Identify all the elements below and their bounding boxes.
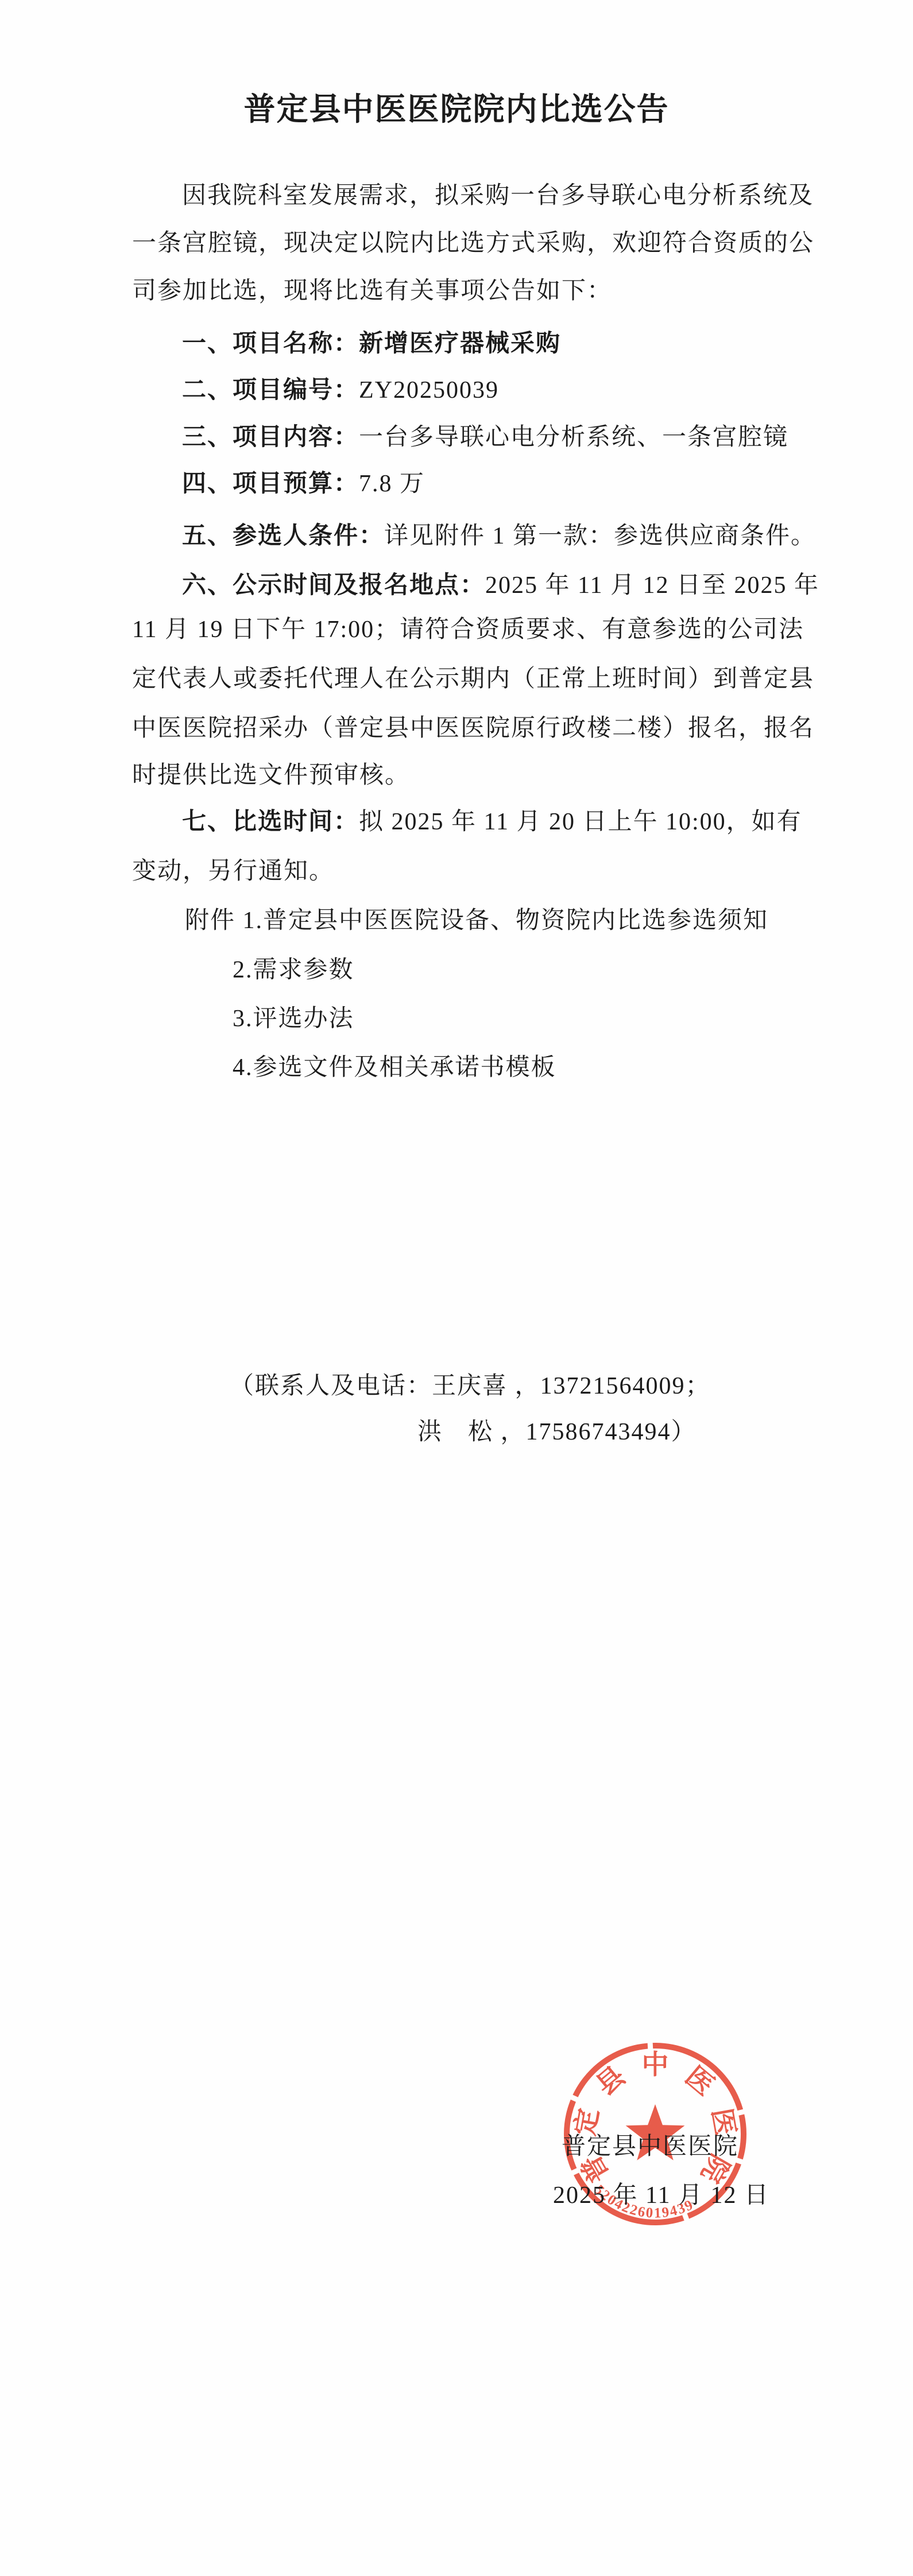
attachment-line-2: 2.需求参数: [233, 958, 354, 982]
item-6: 六、公示时间及报名地点：2025 年 11 月 12 日至 2025 年: [182, 573, 819, 598]
item-7-label: 七、比选时间：: [182, 809, 359, 835]
item-3-text: 一台多导联心电分析系统、一条宫腔镜: [359, 424, 788, 451]
item-6-label: 六、公示时间及报名地点：: [182, 572, 485, 599]
item-2-label: 二、项目编号：: [182, 377, 359, 404]
item-2-text: ZY20250039: [359, 377, 499, 404]
scanned-announcement-page: 普定县中医医院院内比选公告 因我院科室发展需求，拟采购一台多导联心电分析系统及 …: [0, 0, 913, 2576]
intro-line-3: 司参加比选，现将比选有关事项公告如下：: [132, 279, 612, 303]
item-5-label: 五、参选人条件：: [182, 523, 384, 549]
item-1: 一、项目名称：新增医疗器械采购: [182, 332, 561, 356]
document-title: 普定县中医医院院内比选公告: [0, 84, 913, 129]
signature-date: 2025 年 11 月 12 日: [553, 2183, 769, 2208]
item-4: 四、项目预算：7.8 万: [182, 472, 425, 496]
signature-org: 普定县中医医院: [562, 2135, 738, 2159]
contact-line-1: （联系人及电话：王庆喜 ，13721564009；: [230, 1374, 711, 1398]
item-5-text: 详见附件 1 第一款：参选供应商条件。: [384, 523, 816, 549]
attachment-line-3: 3.评选办法: [233, 1007, 354, 1031]
item-4-label: 四、项目预算：: [182, 471, 359, 497]
contact-line-2: 洪 松 ，17586743494）: [417, 1420, 697, 1444]
item-3: 三、项目内容：一台多导联心电分析系统、一条宫腔镜: [182, 425, 788, 449]
item-6-cont-line-2: 定代表人或委托代理人在公示期内（正常上班时间）到普定县: [132, 667, 814, 691]
item-7-cont-line: 变动，另行通知。: [132, 859, 334, 883]
item-6-cont-line-3: 中医医院招采办（普定县中医医院原行政楼二楼）报名，报名: [132, 716, 814, 740]
item-1-label: 一、项目名称：: [182, 331, 359, 357]
attachment-line-4: 4.参选文件及相关承诺书模板: [233, 1056, 556, 1080]
item-6-cont-line-1: 11 月 19 日下午 17:00；请符合资质要求、有意参选的公司法: [132, 618, 804, 642]
item-2: 二、项目编号：ZY20250039: [182, 378, 499, 402]
intro-line-1: 因我院科室发展需求，拟采购一台多导联心电分析系统及: [182, 184, 814, 208]
intro-line-2: 一条宫腔镜，现决定以院内比选方式采购，欢迎符合资质的公: [132, 231, 814, 255]
item-5: 五、参选人条件：详见附件 1 第一款：参选供应商条件。: [182, 524, 816, 548]
item-7: 七、比选时间：拟 2025 年 11 月 20 日上午 10:00，如有: [182, 810, 802, 834]
item-1-text: 新增医疗器械采购: [359, 331, 561, 357]
seal-ring-char: 中: [642, 2050, 669, 2080]
item-4-text: 7.8 万: [359, 471, 425, 497]
attachment-line-1: 附件 1.普定县中医医院设备、物资院内比选参选须知: [185, 909, 768, 933]
item-6-text: 2025 年 11 月 12 日至 2025 年: [485, 572, 819, 599]
item-6-cont-line-4: 时提供比选文件预审核。: [132, 763, 410, 787]
item-3-label: 三、项目内容：: [182, 424, 359, 451]
item-7-text: 拟 2025 年 11 月 20 日上午 10:00，如有: [359, 809, 802, 835]
